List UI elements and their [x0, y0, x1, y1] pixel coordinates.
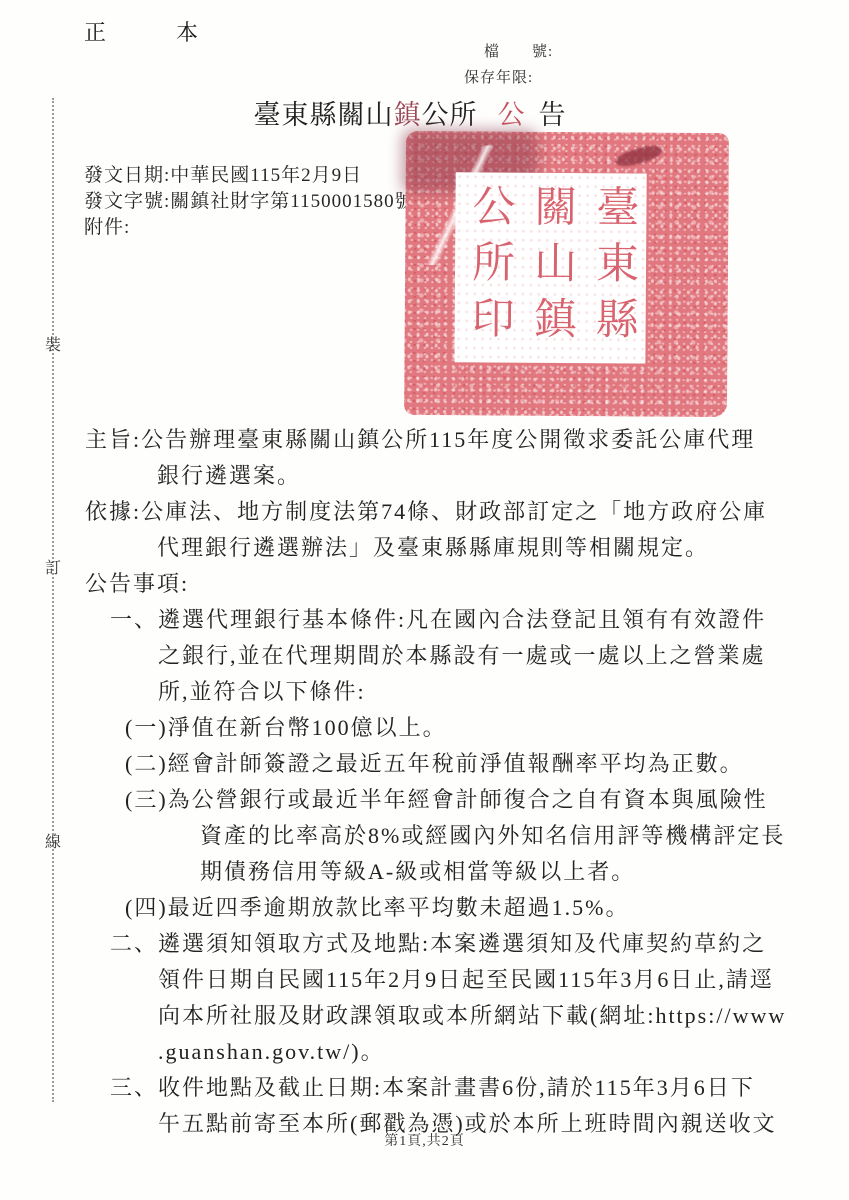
binding-mark-zhuang: 裝	[44, 332, 62, 355]
title-segment: 鎮	[394, 100, 422, 130]
title-segment: 公	[498, 100, 526, 130]
title-segment: 公所	[422, 100, 478, 130]
binding-mark-ding: 訂	[44, 555, 62, 578]
seal-column-middle: 關山鎮	[519, 181, 582, 355]
official-seal: 臺東縣 關山鎮 公所印	[404, 131, 729, 417]
announcement-items-label: 公告事項:	[85, 566, 801, 602]
seal-characters: 臺東縣 關山鎮 公所印	[456, 180, 644, 355]
copy-type-label: 正 本	[84, 16, 222, 47]
subject-paragraph: 主旨:公告辦理臺東縣關山鎮公所115年度公開徵求委託公庫代理 銀行遴選案。	[85, 422, 801, 494]
document-meta: 發文日期:中華民國115年2月9日 發文字號:關鎮社財字第1150001580號…	[84, 163, 415, 241]
retention-period-label: 保存年限:	[464, 66, 533, 87]
item-1-paragraph: 一、遴選代理銀行基本條件:凡在國內合法登記且領有有效證件 之銀行,並在代理期間於…	[110, 602, 801, 710]
binding-dotted-line	[52, 98, 54, 1102]
document-title: 臺東縣關山鎮公所公告	[0, 93, 820, 132]
title-segment: 臺東縣關山	[254, 100, 394, 130]
binding-mark-xian: 線	[44, 829, 62, 852]
item-1-sub-3: (三)為公營銀行或最近半年經會計師復合之自有資本與風險性 資產的比率高於8%或經…	[125, 782, 801, 890]
item-2-paragraph: 二、遴選須知領取方式及地點:本案遴選須知及代庫契約草約之 領件日期自民國115年…	[110, 926, 801, 1070]
page-footer: 第1頁,共2頁	[0, 1130, 849, 1150]
doc-number: 發文字號:關鎮社財字第1150001580號	[84, 189, 415, 215]
attachment-label: 附件:	[84, 215, 415, 241]
body-text: 主旨:公告辦理臺東縣關山鎮公所115年度公開徵求委託公庫代理 銀行遴選案。 依據…	[85, 422, 801, 1142]
item-1-sub-4: (四)最近四季逾期放款比率平均數未超過1.5%。	[125, 890, 801, 926]
issue-date: 發文日期:中華民國115年2月9日	[84, 163, 415, 189]
seal-column-left: 公所印	[457, 180, 520, 354]
item-1-sub-2: (二)經會計師簽證之最近五年稅前淨值報酬率平均為正數。	[125, 746, 801, 782]
item-1-sub-1: (一)淨值在新台幣100億以上。	[125, 710, 801, 746]
file-number-label: 檔 號:	[484, 40, 553, 61]
title-segment: 告	[539, 100, 567, 130]
seal-ink-mark	[614, 142, 664, 169]
document-page: 正 本 檔 號: 保存年限: 臺東縣關山鎮公所公告 發文日期:中華民國115年2…	[0, 0, 849, 1200]
seal-inner-face: 臺東縣 關山鎮 公所印	[454, 172, 646, 363]
basis-paragraph: 依據:公庫法、地方制度法第74條、財政部訂定之「地方政府公庫 代理銀行遴選辦法」…	[85, 494, 801, 566]
seal-column-right: 臺東縣	[581, 181, 644, 355]
